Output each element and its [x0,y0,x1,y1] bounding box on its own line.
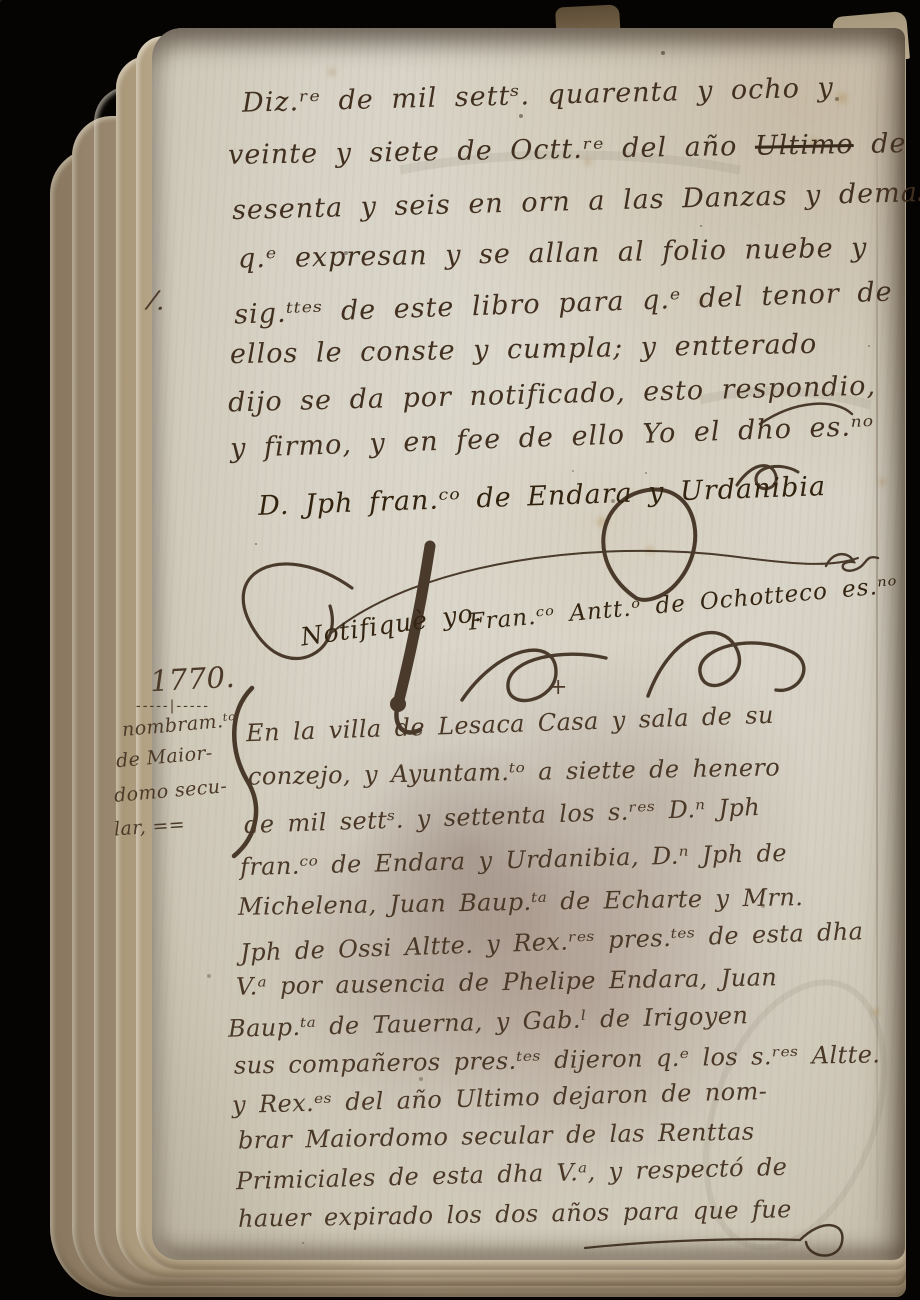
p1-line-2-post: de [853,128,906,160]
margin-year: 1770. [149,662,236,697]
p1-line-2-struck-word: Ultimo [755,129,854,162]
manuscript-photo: Diz.ʳᵉ de mil settˢ. quarenta y ocho y v… [0,0,920,1300]
notary-monogram-left [462,650,606,700]
insertion-cross-mark: + [549,676,568,699]
notary-monogram-right [648,633,804,696]
